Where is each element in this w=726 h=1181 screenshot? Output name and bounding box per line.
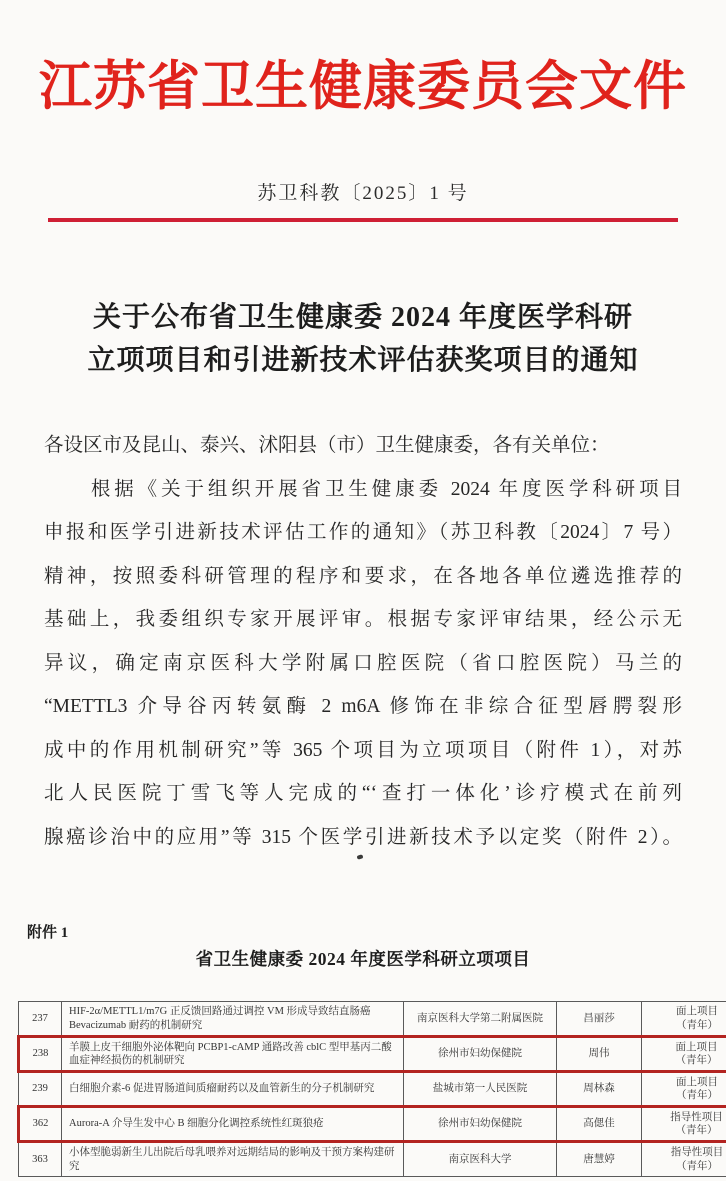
table-row: 239 白细胞介素-6 促进胃肠道间质瘤耐药以及血管新生的分子机制研究 盐城市第…	[19, 1072, 726, 1107]
project-type-line2: （青年）	[646, 1124, 726, 1138]
cell-institution: 南京医科大学第二附属医院	[404, 1002, 557, 1037]
document-title-line1: 关于公布省卫生健康委 2024 年度医学科研	[40, 296, 686, 339]
body-line: 基础上，我委组织专家开展评审。根据专家评审结果，经公示无	[44, 598, 682, 642]
cell-row-number: 238	[19, 1037, 62, 1072]
cell-leader-name: 唐慧婷	[557, 1142, 642, 1177]
cell-leader-name: 周林森	[557, 1072, 642, 1107]
project-type-line1: 面上项目	[646, 1076, 726, 1090]
document-body: 各设区市及昆山、泰兴、沭阳县（市）卫生健康委，各有关单位： 根据《关于组织开展省…	[44, 424, 682, 859]
body-line: 成中的作用机制研究”等 365 个项目为立项项目（附件 1），对苏	[44, 729, 682, 773]
body-line: 异议，确定南京医科大学附属口腔医院（省口腔医院）马兰的	[44, 642, 682, 686]
document-page: 江苏省卫生健康委员会文件 苏卫科教〔2025〕1 号 关于公布省卫生健康委 20…	[0, 0, 726, 1181]
cell-project-name: 小体型脆弱新生儿出院后母乳喂养对远期结局的影响及干预方案构建研究	[62, 1142, 404, 1177]
cell-leader-name: 周伟	[557, 1037, 642, 1072]
table-title: 省卫生健康委 2024 年度医学科研立项项目	[0, 946, 726, 971]
cell-row-number: 237	[19, 1002, 62, 1037]
project-type-line2: （青年）	[646, 1160, 726, 1174]
document-title: 关于公布省卫生健康委 2024 年度医学科研 立项项目和引进新技术评估获奖项目的…	[40, 296, 686, 382]
document-number: 苏卫科教〔2025〕1 号	[0, 178, 726, 205]
cell-row-number: 239	[19, 1072, 62, 1107]
cell-institution: 南京医科大学	[404, 1142, 557, 1177]
body-line: “METTL3 介导谷丙转氨酶 2 m6A 修饰在非综合征型唇腭裂形	[44, 685, 682, 729]
project-table: 237 HIF-2α/METTL1/m7G 正反馈回路通过调控 VM 形成导致结…	[17, 1001, 726, 1177]
cell-project-name: 白细胞介素-6 促进胃肠道间质瘤耐药以及血管新生的分子机制研究	[62, 1072, 404, 1107]
body-line: 申报和医学引进新技术评估工作的通知》（苏卫科教〔2024〕7 号）	[44, 511, 682, 555]
cell-project-type: 面上项目 （青年）	[642, 1002, 726, 1037]
project-type-line1: 面上项目	[646, 1041, 726, 1055]
cell-leader-name: 昌丽莎	[557, 1002, 642, 1037]
cell-institution: 盐城市第一人民医院	[404, 1072, 557, 1107]
document-title-line2: 立项项目和引进新技术评估获奖项目的通知	[40, 339, 686, 382]
table-row: 363 小体型脆弱新生儿出院后母乳喂养对远期结局的影响及干预方案构建研究 南京医…	[19, 1142, 726, 1177]
attachment-label: 附件 1	[27, 921, 68, 942]
cell-row-number: 362	[19, 1107, 62, 1142]
red-divider-rule	[48, 218, 678, 222]
body-line: 精神，按照委科研管理的程序和要求，在各地各单位遴选推荐的	[44, 555, 682, 599]
table-row-highlighted: 238 羊膜上皮干细胞外泌体靶向 PCBP1-cAMP 通路改善 cblC 型甲…	[19, 1037, 726, 1072]
project-type-line2: （青年）	[646, 1054, 726, 1068]
project-type-line1: 指导性项目	[646, 1111, 726, 1125]
cell-project-name: Aurora-A 介导生发中心 B 细胞分化调控系统性红斑狼疮	[62, 1107, 404, 1142]
cell-row-number: 363	[19, 1142, 62, 1177]
cell-project-type: 指导性项目 （青年）	[642, 1142, 726, 1177]
project-type-line2: （青年）	[646, 1019, 726, 1033]
project-type-line2: （青年）	[646, 1089, 726, 1103]
cell-project-name: 羊膜上皮干细胞外泌体靶向 PCBP1-cAMP 通路改善 cblC 型甲基丙二酸…	[62, 1037, 404, 1072]
body-line: 各设区市及昆山、泰兴、沭阳县（市）卫生健康委，各有关单位：	[44, 424, 682, 468]
body-line: 根据《关于组织开展省卫生健康委 2024 年度医学科研项目	[44, 468, 682, 512]
table-row: 237 HIF-2α/METTL1/m7G 正反馈回路通过调控 VM 形成导致结…	[19, 1002, 726, 1037]
table-row-highlighted: 362 Aurora-A 介导生发中心 B 细胞分化调控系统性红斑狼疮 徐州市妇…	[19, 1107, 726, 1142]
cell-institution: 徐州市妇幼保健院	[404, 1037, 557, 1072]
cell-project-type: 面上项目 （青年）	[642, 1037, 726, 1072]
cell-project-type: 指导性项目 （青年）	[642, 1107, 726, 1142]
cell-institution: 徐州市妇幼保健院	[404, 1107, 557, 1142]
body-line: 腺癌诊治中的应用”等 315 个医学引进新技术予以定奖（附件 2）。	[44, 816, 682, 860]
project-type-line1: 指导性项目	[646, 1146, 726, 1160]
cell-project-name: HIF-2α/METTL1/m7G 正反馈回路通过调控 VM 形成导致结直肠癌 …	[62, 1002, 404, 1037]
project-type-line1: 面上项目	[646, 1005, 726, 1019]
agency-header-title: 江苏省卫生健康委员会文件	[0, 44, 726, 120]
cell-leader-name: 高偲佳	[557, 1107, 642, 1142]
cell-project-type: 面上项目 （青年）	[642, 1072, 726, 1107]
body-line: 北人民医院丁雪飞等人完成的“‘查打一体化’诊疗模式在前列	[44, 772, 682, 816]
